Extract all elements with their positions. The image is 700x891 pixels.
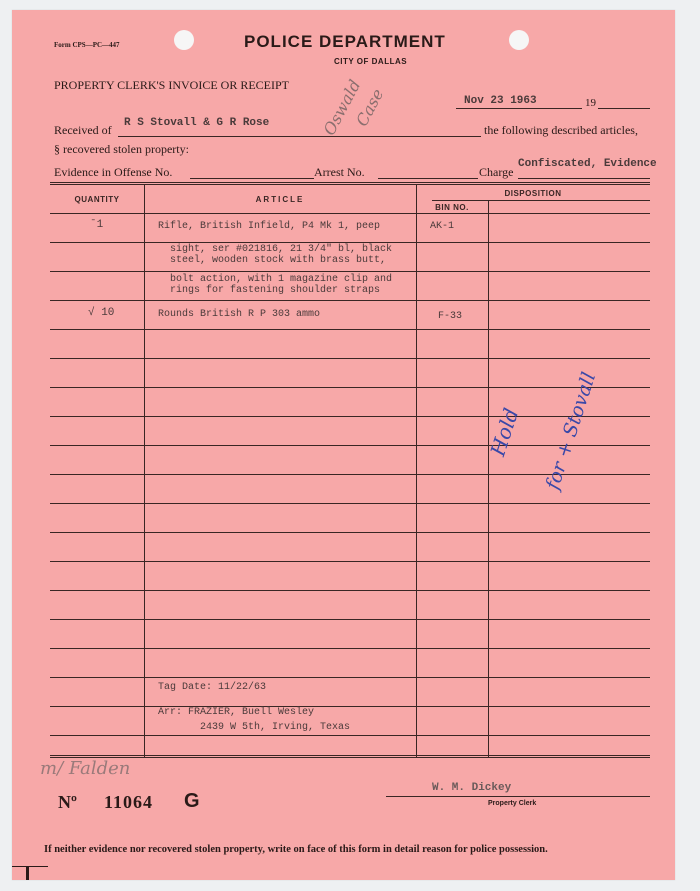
received-of-label: Received of	[54, 123, 112, 138]
row4-bin: F-33	[438, 311, 462, 322]
recovered-property-label: § recovered stolen property:	[54, 142, 189, 157]
row1-quantity: ˉ1	[90, 220, 103, 231]
instruction-text: If neither evidence nor recovered stolen…	[44, 844, 548, 855]
arrestee-address: 2439 W 5th, Irving, Texas	[200, 722, 350, 733]
charge-field: Confiscated, Evidence	[518, 158, 657, 170]
following-described-label: the following described articles,	[484, 123, 638, 138]
arrest-no-label: Arrest No.	[314, 165, 365, 180]
receipt-form: Form CPS—PC—447 POLICE DEPARTMENT CITY O…	[12, 10, 675, 880]
col-header-bin-no: BIN NO.	[416, 203, 488, 212]
document-type: PROPERTY CLERK'S INVOICE OR RECEIPT	[54, 78, 289, 93]
tag-date: Tag Date: 11/22/63	[158, 682, 266, 693]
handwritten-falden: m/ Falden	[40, 758, 130, 779]
page-subtitle: CITY OF DALLAS	[334, 57, 407, 66]
row3-article: bolt action, with 1 magazine clip and ri…	[170, 274, 392, 296]
col-header-article: ARTICLE	[144, 195, 416, 204]
corner-mark	[12, 866, 48, 867]
form-number-label: Nº	[58, 792, 77, 813]
clerk-title: Property Clerk	[488, 800, 536, 807]
offense-no-label: Evidence in Offense No.	[54, 165, 172, 180]
col-header-disposition: DISPOSITION	[416, 189, 650, 198]
clerk-name: W. M. Dickey	[432, 782, 511, 794]
series-letter: G	[184, 790, 200, 813]
charge-label: Charge	[479, 165, 513, 180]
row4-quantity: √ 10	[88, 308, 114, 319]
arrestee-name: Arr: FRAZIER, Buell Wesley	[158, 707, 314, 718]
form-number: 11064	[104, 792, 153, 813]
handwritten-hold: Hold	[485, 405, 523, 459]
date-field: Nov 23 1963	[464, 95, 537, 107]
form-id: Form CPS—PC—447	[54, 41, 120, 49]
punch-hole-left	[174, 30, 194, 50]
punch-hole-right	[509, 30, 529, 50]
row4-article: Rounds British R P 303 ammo	[158, 309, 320, 320]
received-of-field: R S Stovall & G R Rose	[124, 117, 269, 129]
year-prefix: 19	[585, 97, 596, 109]
page-title: POLICE DEPARTMENT	[244, 32, 446, 52]
row1-article: Rifle, British Infield, P4 Mk 1, peep	[158, 221, 380, 232]
col-header-quantity: QUANTITY	[50, 195, 144, 204]
row2-article: sight, ser #021816, 21 3/4" bl, black st…	[170, 244, 392, 266]
row1-bin: AK-1	[430, 221, 454, 232]
